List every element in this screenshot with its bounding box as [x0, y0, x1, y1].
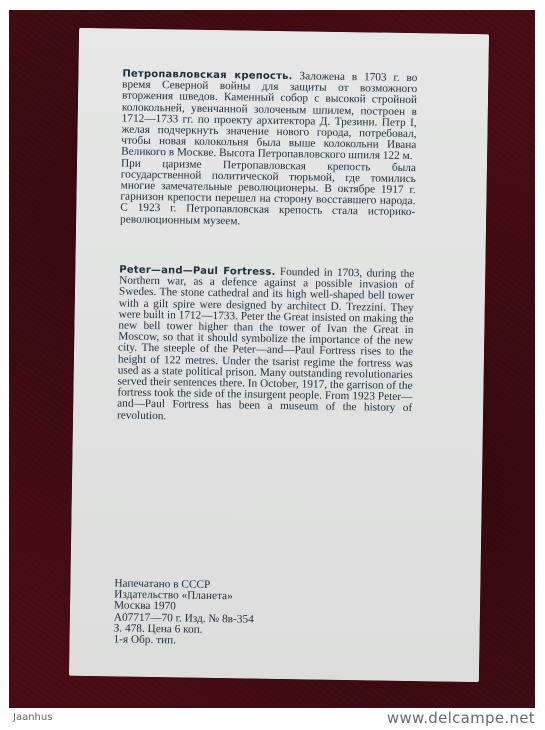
russian-body-1: Заложена в 1703 г. во время Северной вой… — [121, 70, 417, 162]
seller-watermark: Jaanhus — [13, 712, 52, 723]
site-watermark: www.delcampe.net — [387, 709, 535, 727]
english-description: Peter—and—Paul Fortress. Founded in 1703… — [117, 264, 414, 425]
russian-description: Петропавловская крепость. Заложена в 170… — [120, 69, 417, 230]
russian-paragraph-2: При царизме Петропавловская крепость был… — [120, 158, 416, 230]
imprint-line: 1-я Обр. тип. — [113, 634, 253, 647]
postcard-back: Петропавловская крепость. Заложена в 170… — [69, 28, 489, 682]
english-paragraph: Peter—and—Paul Fortress. Founded in 1703… — [117, 264, 414, 425]
english-body: Founded in 1703, during the Northern war… — [117, 266, 414, 422]
russian-paragraph-1: Петропавловская крепость. Заложена в 170… — [121, 69, 417, 163]
publisher-imprint: Напечатано в СССР Издательство «Планета»… — [113, 578, 254, 647]
